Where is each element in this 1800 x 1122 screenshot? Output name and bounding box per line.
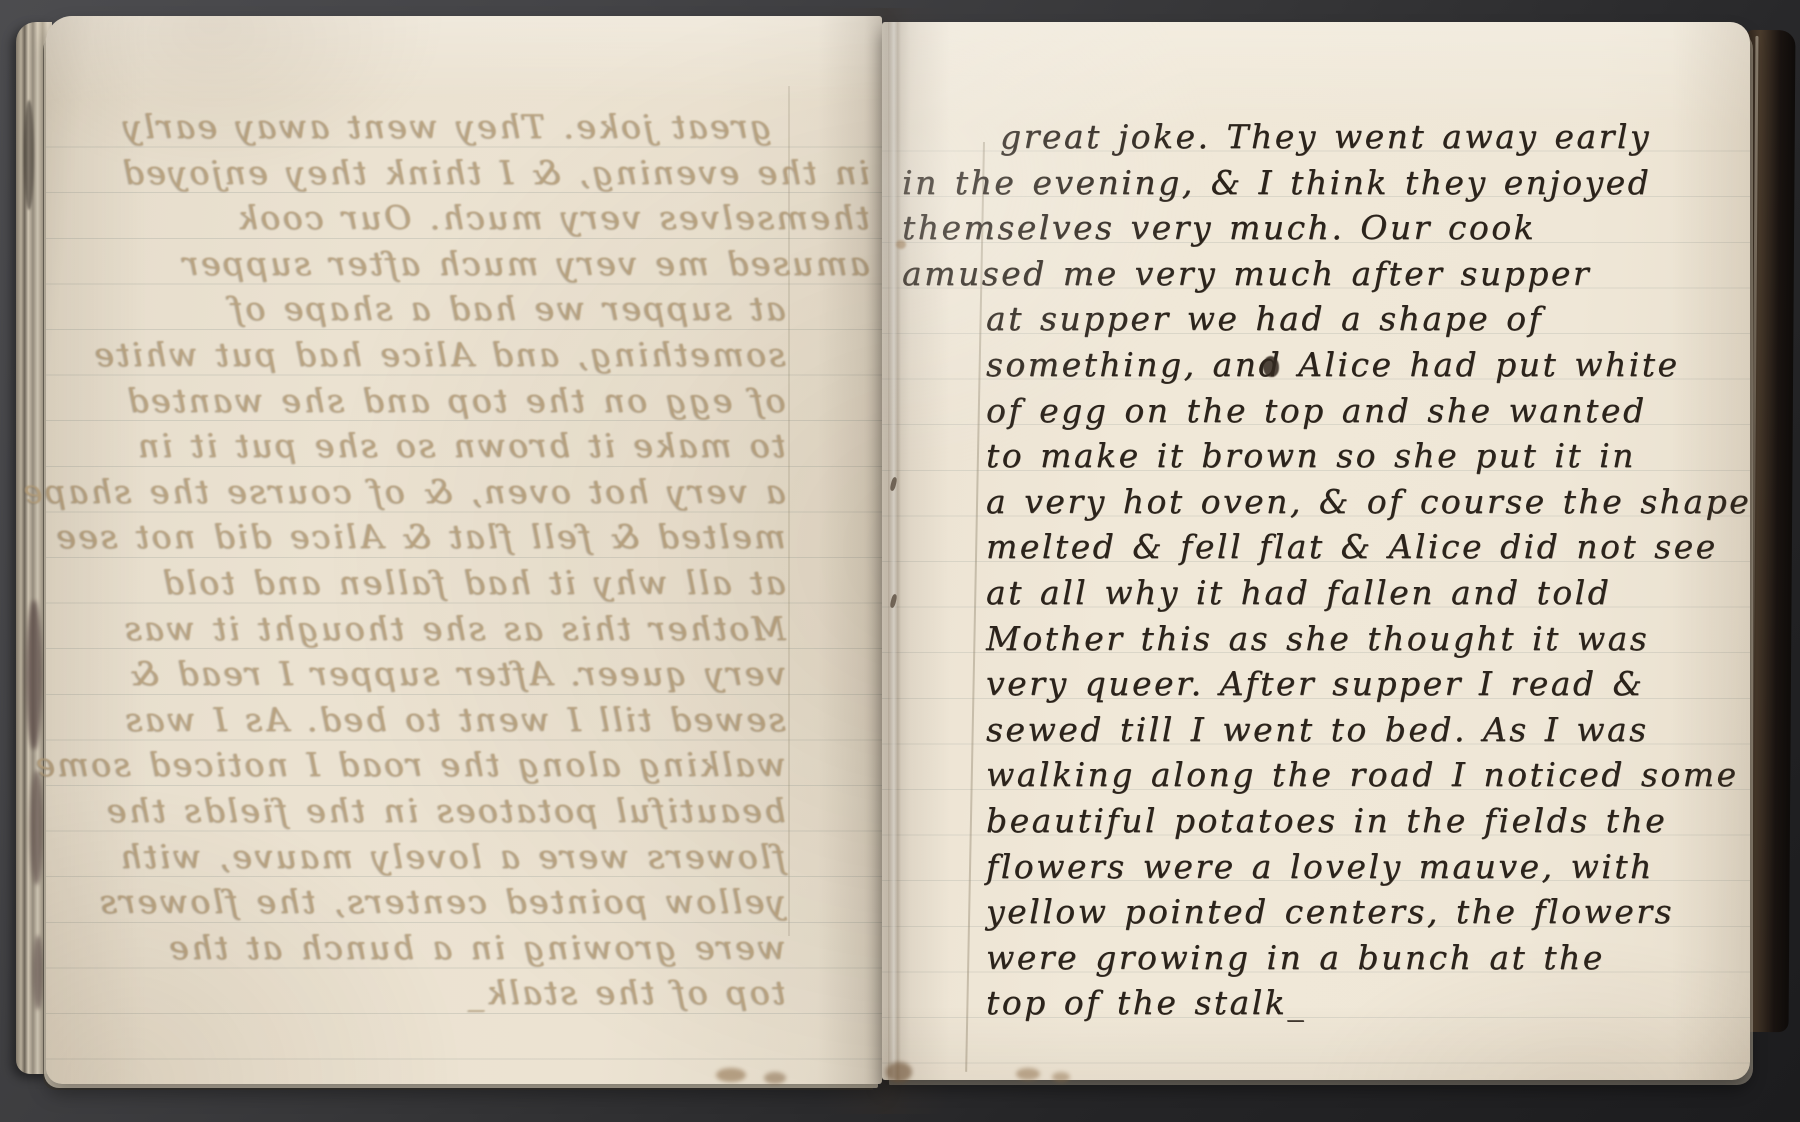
fore-edge-ink-smudge xyxy=(33,935,43,1010)
bleed-through-line: to make it brown so she put it in xyxy=(70,423,870,469)
paper-stain xyxy=(1052,1072,1070,1082)
handwritten-line: in the evening, & I think they enjoyed xyxy=(902,160,1746,206)
bleed-through-line: at supper we had a shape of xyxy=(70,286,870,332)
right-page: great joke. They went away earlyin the e… xyxy=(882,22,1750,1080)
bleed-through-line: sewed till I went to bed. As I was xyxy=(70,697,870,743)
fore-edge-ink-smudge xyxy=(24,100,34,210)
bleed-through-line: themselves very much. Our cook xyxy=(70,195,870,241)
bleed-through-line: amused me very much after supper xyxy=(70,241,870,287)
handwritten-line: walking along the road I noticed some xyxy=(902,752,1746,798)
handwritten-line: Mother this as she thought it was xyxy=(902,616,1746,662)
stitch-mark xyxy=(889,594,897,609)
handwritten-line: themselves very much. Our cook xyxy=(902,205,1746,251)
bleed-through-line: flowers were a lovely mauve, with xyxy=(70,834,870,880)
bleed-through-line: of egg on the top and she wanted xyxy=(70,378,870,424)
bleed-through-line: at all why it had fallen and told xyxy=(70,560,870,606)
bleed-through-line: top of the stalk_ xyxy=(70,970,870,1016)
ink-blot xyxy=(1263,356,1279,377)
paper-stain xyxy=(1016,1068,1040,1080)
bleed-through-line: very queer. After supper I read & xyxy=(70,651,870,697)
handwritten-line: of egg on the top and she wanted xyxy=(902,388,1746,434)
paper-stain xyxy=(886,1062,912,1082)
stitch-mark xyxy=(889,477,897,492)
bleed-through-line: great joke. They went away early xyxy=(70,104,870,150)
bleed-through-line: a very hot oven, & of course the shape xyxy=(70,469,870,515)
bleed-through-line: beautiful potatoes in the fields the xyxy=(70,788,870,834)
bleed-through-line: yellow pointed centers, the flowers xyxy=(70,879,870,925)
paper-stain xyxy=(716,1068,746,1082)
handwritten-line: beautiful potatoes in the fields the xyxy=(902,798,1746,844)
handwritten-line: at supper we had a shape of xyxy=(902,296,1746,342)
left-page: great joke. They went away earlyin the e… xyxy=(46,16,882,1084)
paper-stain xyxy=(764,1072,786,1084)
fore-edge-ink-smudge xyxy=(26,600,42,750)
handwritten-line: flowers were a lovely mauve, with xyxy=(902,844,1746,890)
handwritten-line: sewed till I went to bed. As I was xyxy=(902,707,1746,753)
handwritten-line: great joke. They went away early xyxy=(902,114,1746,160)
handwritten-line: at all why it had fallen and told xyxy=(902,570,1746,616)
bleed-through-line: Mother this as she thought it was xyxy=(70,606,870,652)
binding-crease xyxy=(888,22,901,1080)
paper-stain xyxy=(896,240,906,249)
handwritten-line: yellow pointed centers, the flowers xyxy=(902,889,1746,935)
handwritten-line: amused me very much after supper xyxy=(902,251,1746,297)
bleed-through-line: something, and Alice had put white xyxy=(70,332,870,378)
bleed-through-line: walking along the road I noticed some xyxy=(70,742,870,788)
handwritten-line: a very hot oven, & of course the shape xyxy=(902,479,1746,525)
handwritten-line: very queer. After supper I read & xyxy=(902,661,1746,707)
handwritten-line: top of the stalk_ xyxy=(902,980,1746,1026)
bleed-through-line: in the evening, & I think they enjoyed xyxy=(70,150,870,196)
handwriting-text: great joke. They went away earlyin the e… xyxy=(902,114,1746,1026)
bleed-through-line: melted & fell flat & Alice did not see xyxy=(70,514,870,560)
bleed-through-text: great joke. They went away earlyin the e… xyxy=(70,104,870,1016)
handwritten-line: to make it brown so she put it in xyxy=(902,433,1746,479)
bleed-through-line: were growing in a bunch at the xyxy=(70,925,870,971)
handwritten-line: melted & fell flat & Alice did not see xyxy=(902,524,1746,570)
handwritten-line: were growing in a bunch at the xyxy=(902,935,1746,981)
handwritten-line: something, and Alice had put white xyxy=(902,342,1746,388)
photo-background: great joke. They went away earlyin the e… xyxy=(0,0,1800,1122)
